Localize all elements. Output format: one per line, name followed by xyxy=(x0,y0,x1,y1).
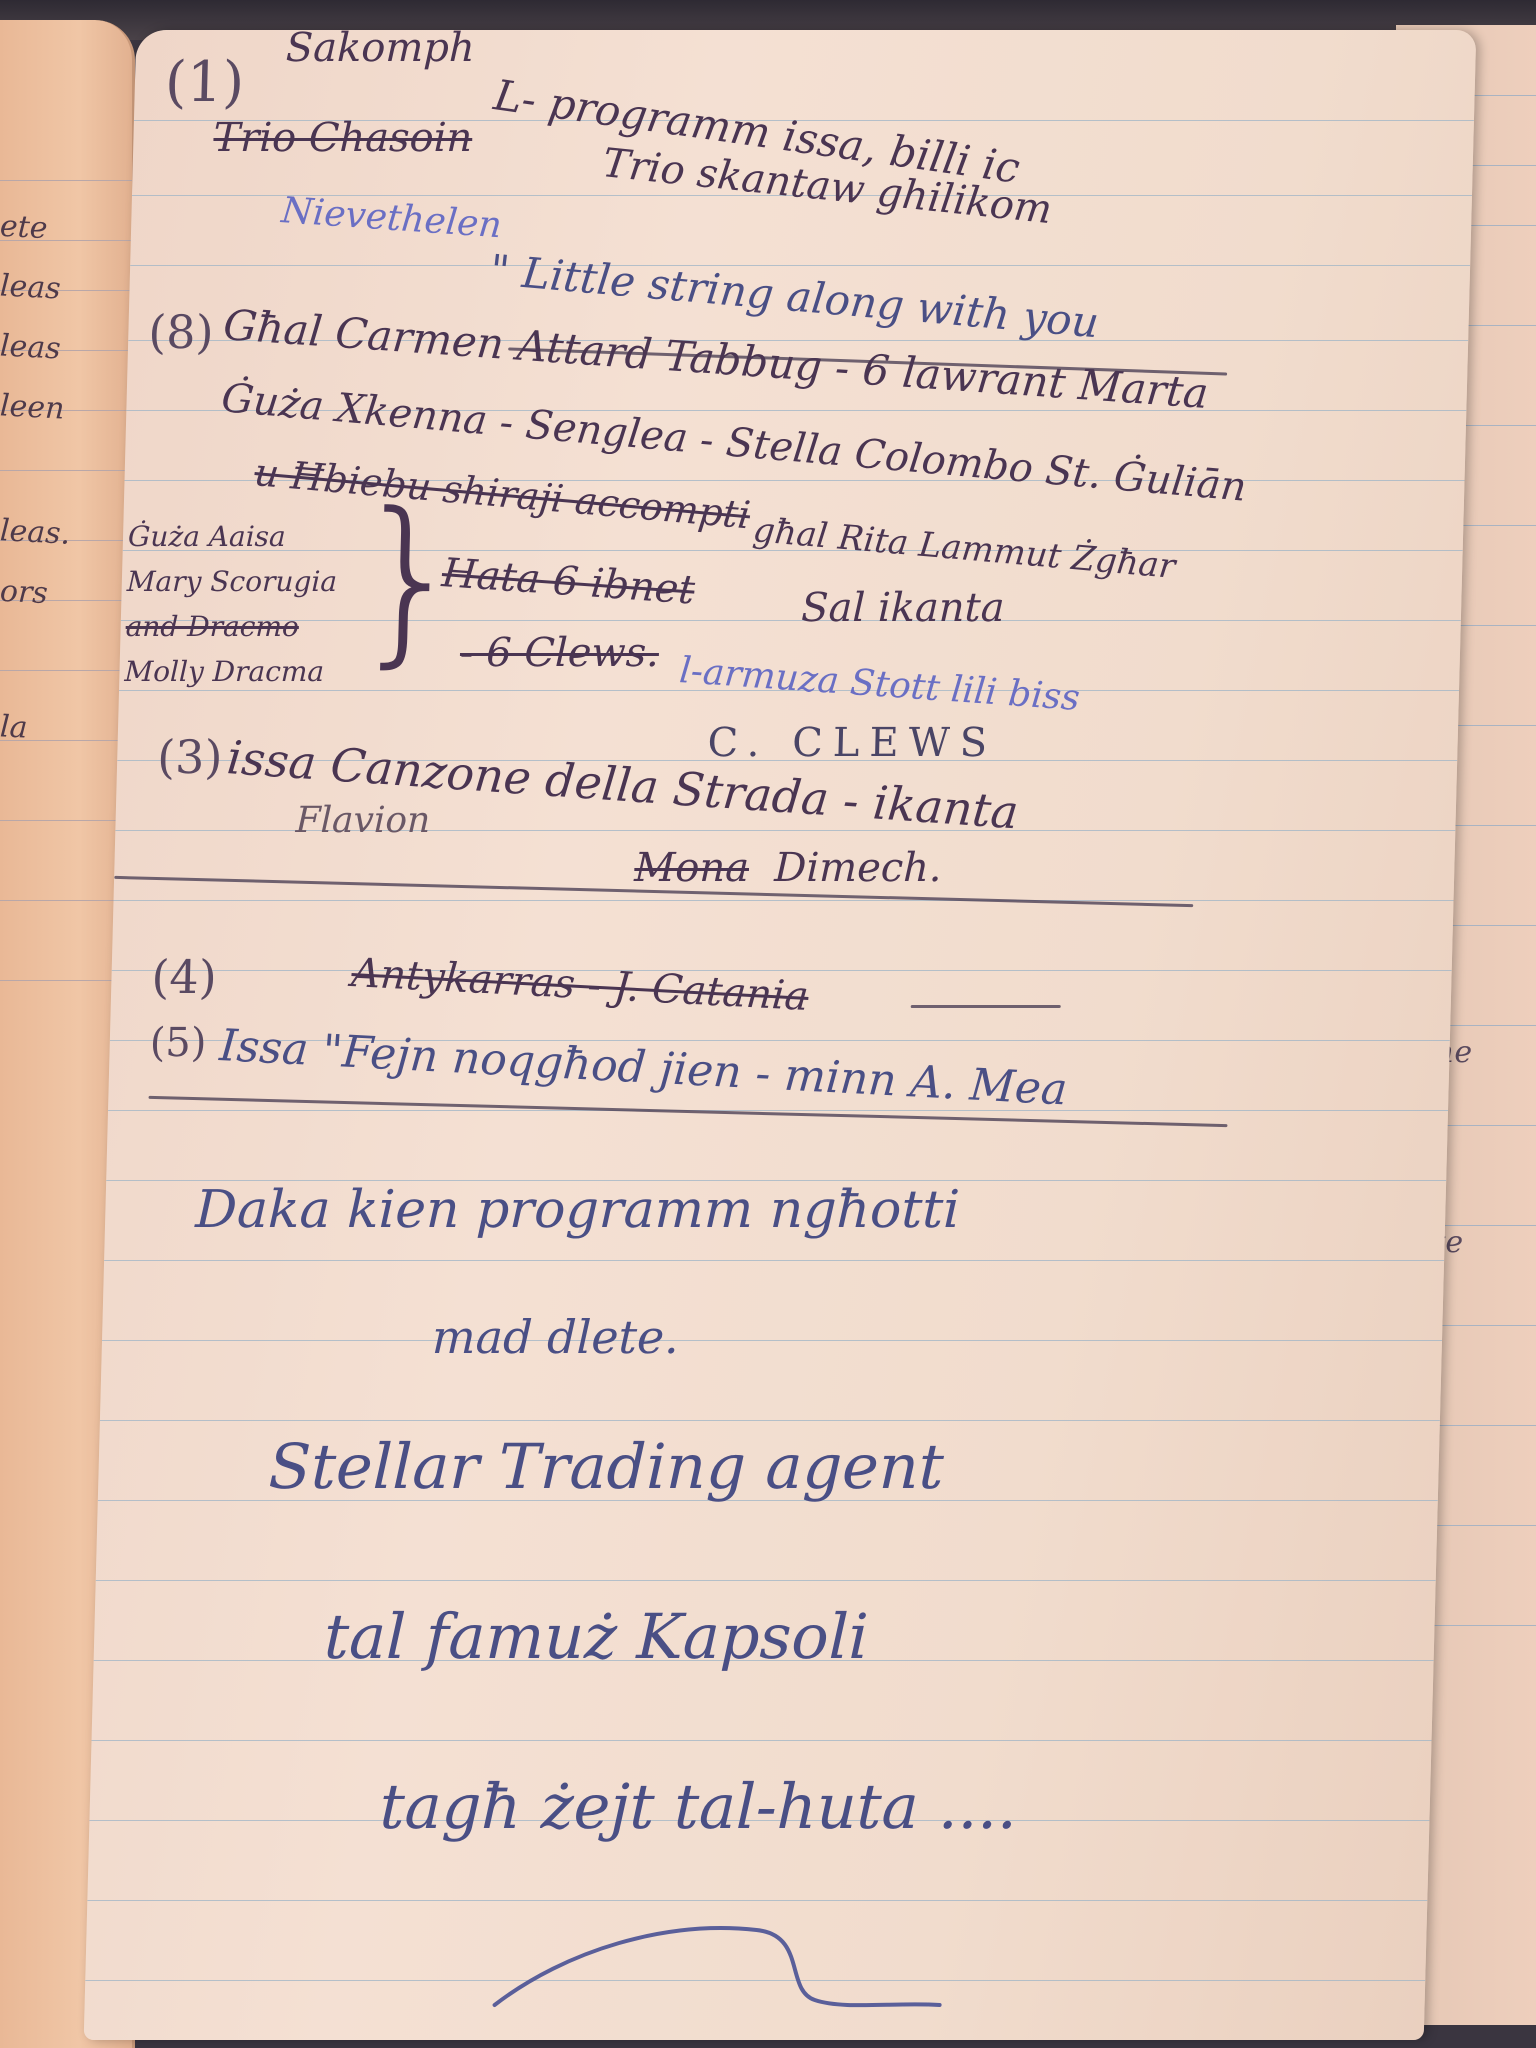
entry-line-pencil: Flavion xyxy=(295,800,431,841)
entry-line: għal Rita Lammut Żgħar xyxy=(751,510,1177,587)
margin-list-item: Ġuża Aaisa xyxy=(128,520,287,553)
entry-line-struck: Hata 6 ibnet xyxy=(440,550,697,614)
entry-line-struck: u Ħbiebu shiraji accompti xyxy=(252,450,752,537)
entry-line-struck: Trio Chasoin xyxy=(213,115,473,161)
closing-line: Daka kien programm ngħotti xyxy=(195,1180,961,1240)
entry-line: Ŝakomph xyxy=(285,30,475,71)
entry-number: (4) xyxy=(151,950,218,1004)
left-page-fragment: ors xyxy=(0,574,49,611)
margin-list-item-struck: and Dracmo xyxy=(125,610,299,643)
entry-line-struck: Antykarras - J. Catania xyxy=(350,950,810,1020)
left-page-fragment: leas xyxy=(0,268,62,306)
left-page-fragment: leen xyxy=(0,388,65,426)
entry-line-blue: l-armuza Stott lili biss xyxy=(678,650,1082,719)
closing-line: tagħ żejt tal-huta .... xyxy=(379,1770,1018,1843)
entry-line: Dimech. xyxy=(774,845,943,891)
closing-line: Stellar Trading agent xyxy=(268,1430,945,1503)
entry-number: (1) xyxy=(164,50,245,115)
flourish-icon xyxy=(484,1910,947,2020)
brace-icon: } xyxy=(350,490,469,670)
closing-line: tal famuż Kapsoli xyxy=(323,1600,869,1673)
entry-number: (8) xyxy=(148,305,215,359)
left-page-fragment: la xyxy=(0,709,28,745)
left-page-fragment: ete xyxy=(0,209,48,246)
entry-line-blue: Nievethelen xyxy=(280,190,504,246)
margin-list-item: Molly Dracma xyxy=(124,655,324,688)
closing-line: mad dlete. xyxy=(431,1310,679,1364)
left-page-fragment: leas. xyxy=(0,513,71,552)
entry-number: (3) xyxy=(157,730,224,784)
entry-line-struck: Mona xyxy=(634,845,750,891)
entry-line: Sal ikanta xyxy=(801,585,1006,631)
dash-stroke xyxy=(911,1005,1061,1008)
margin-list-item: Mary Scorugia xyxy=(126,565,337,598)
entry-number: (5) xyxy=(149,1020,207,1066)
left-page-fragment: leas xyxy=(0,328,62,366)
entry-line-struck: - 6 Clews. xyxy=(459,630,659,676)
entry-line-caps: C. CLEWS xyxy=(707,720,998,766)
notebook-page: (1) Ŝakomph L- programm issa, billi ic T… xyxy=(84,30,1477,2040)
